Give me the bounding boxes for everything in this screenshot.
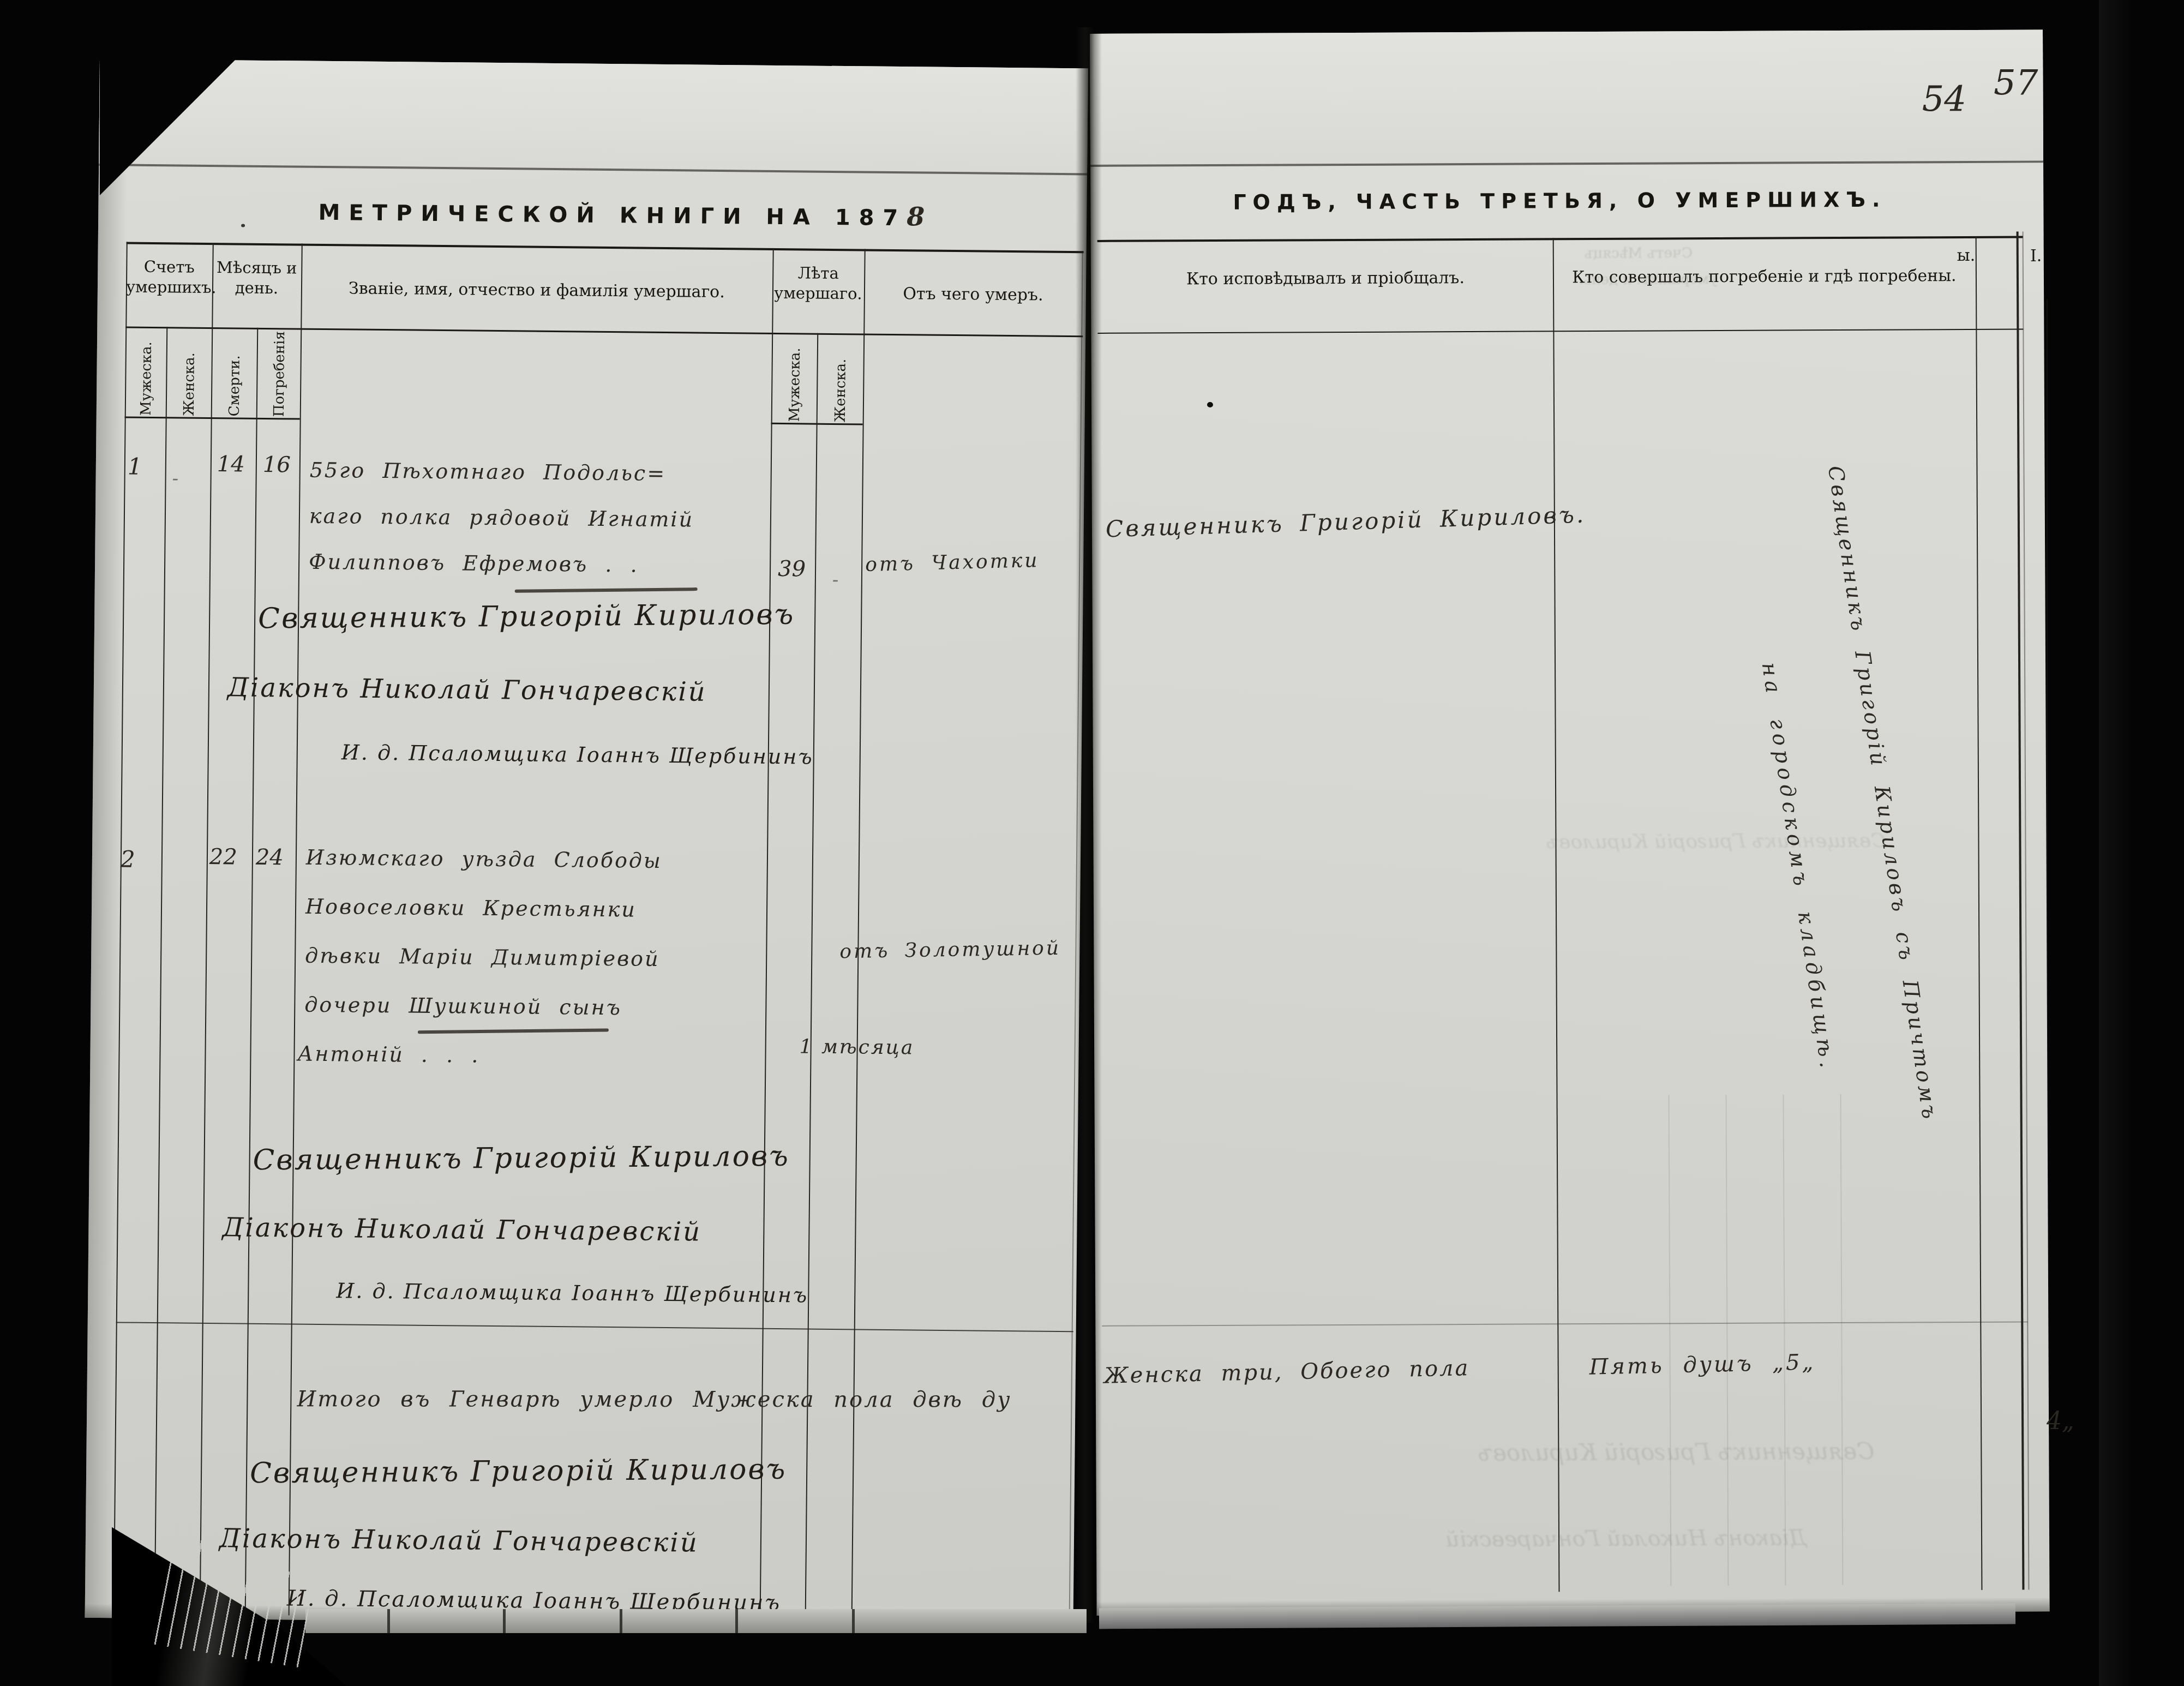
ghost-signature: Священникъ Григорій Кириловъ xyxy=(1546,830,1886,854)
ghost-header-line1: Счетъ Мѣсяцъ xyxy=(1585,245,1693,262)
entry1-count-female: - xyxy=(172,467,178,489)
entry2-burial-day: 24 xyxy=(256,845,284,870)
book-binding-edge xyxy=(2099,0,2184,1686)
table-vrule-center xyxy=(1553,238,1560,1592)
entry1-cause: отъ Чахотки xyxy=(865,549,1040,576)
underlying-page-header-fragment: I. xyxy=(2030,247,2042,266)
ghost-signature: Діаконъ Николай Гончаревскій xyxy=(1445,1525,1807,1552)
ghost-column-line xyxy=(1725,1095,1729,1586)
column-header-cause: Отъ чего умеръ. xyxy=(864,283,1082,305)
entry2-cause: отъ Золотушной xyxy=(839,937,1061,963)
table-rule-top xyxy=(127,242,1084,253)
page-title-right: ГОДЪ, ЧАСТЬ ТРЕТЬЯ, О УМЕРШИХЪ. xyxy=(1134,187,1985,215)
column-header-month-day: Мѣсяцъ и день. xyxy=(212,257,302,299)
totals-line-left: Итого въ Генварѣ умерло Мужеска пола двѣ… xyxy=(297,1387,1011,1412)
ghost-header-line2: умершихъ. и день. xyxy=(1579,271,1718,288)
closing-signature-deacon: Діаконъ Николай Гончаревскій xyxy=(219,1523,699,1558)
ghost-signature: Священникъ Григорій Кириловъ xyxy=(1478,1438,1874,1466)
right-page: 54 ГОДЪ, ЧАСТЬ ТРЕТЬЯ, О УМЕРШИХЪ. Кто и… xyxy=(1090,29,2050,1616)
table-vrule xyxy=(1976,236,1983,1590)
book-photo: { "photo": { "page_number_left": "54", "… xyxy=(0,0,2184,1686)
entry2-name-line1: Изюмскаго уѣзда Слободы xyxy=(306,845,662,873)
left-page: МЕТРИЧЕСКОЙ КНИГИ НА 1878 Счетъ умершихъ… xyxy=(85,59,1088,1627)
table-rule-top xyxy=(1097,236,2023,242)
column-header-name: Званіе, имя, отчество и фамилія умершаго… xyxy=(301,278,772,303)
entry1-name-line1: 55го Пѣхотнаго Подольс= xyxy=(310,458,667,485)
subcolumn-count-male: Мужеска. xyxy=(138,334,153,416)
page-title-left: МЕТРИЧЕСКОЙ КНИГИ НА 1878 xyxy=(235,195,1009,233)
table-vrule xyxy=(200,243,214,1615)
edge-column-fragment: ы. xyxy=(1957,246,1976,265)
subcolumn-death: Смерти. xyxy=(226,334,241,416)
entry1-name-line3: Филипповъ Ефремовъ . . xyxy=(309,550,639,577)
ghost-column-line xyxy=(1668,1095,1671,1586)
column-line-tick xyxy=(620,1609,622,1633)
entry1-age-female: - xyxy=(832,569,839,591)
burial-note-line1: Священникъ Григорій Кириловъ съ Причтомъ xyxy=(1823,464,1942,1123)
closing-signature-priest: Священникъ Григорій Кириловъ xyxy=(250,1453,787,1490)
entry2-death-day: 22 xyxy=(209,844,237,869)
table-vrule-sub xyxy=(245,328,259,1615)
table-rule-header-bottom xyxy=(1097,329,2023,334)
hand-underline xyxy=(515,587,698,593)
table-rule-header-bottom xyxy=(125,326,1083,337)
book-gutter-shadow xyxy=(1076,27,1102,1623)
entry1-age-male: 39 xyxy=(778,556,806,581)
column-header-count: Счетъ умершихъ. xyxy=(126,256,213,298)
entry1-confessor: Священникъ Григорій Кириловъ. xyxy=(1105,501,1586,543)
entry1-name-line2: каго полка рядовой Игнатій xyxy=(309,504,694,532)
table-rule-row-divider xyxy=(116,1322,1073,1332)
title-year-handwritten: 8 xyxy=(907,202,926,232)
table-rule-row-divider xyxy=(1102,1322,2027,1327)
table-vrule-sub xyxy=(805,333,819,1621)
left-page-top-margin xyxy=(99,59,1088,175)
page-title-left-printed: МЕТРИЧЕСКОЙ КНИГИ НА 187 xyxy=(318,200,907,231)
entry2-count-male: 2 xyxy=(121,845,135,872)
entry1-signature-deacon: Діаконъ Николай Гончаревскій xyxy=(227,672,707,707)
entry2-age: 1 мѣсяца xyxy=(799,1035,914,1059)
entry1-signature-psalmist: И. д. Псаломщика Іоаннъ Щербининъ xyxy=(341,740,814,769)
ink-dot xyxy=(241,224,245,227)
page-stack-bottom-right xyxy=(1099,1604,2015,1629)
entry2-name-line4: дочери Шушкиной сынъ xyxy=(304,993,622,1020)
entry1-death-day: 14 xyxy=(217,452,245,477)
table-vrule xyxy=(851,249,866,1621)
ghost-column-line xyxy=(1840,1094,1843,1585)
entry1-burial-day: 16 xyxy=(263,452,291,477)
entry2-signature-psalmist: И. д. Псаломщика Іоаннъ Щербининъ xyxy=(336,1279,808,1307)
page-number-57: 57 xyxy=(1994,63,2038,103)
table-rule-subheader-left xyxy=(125,416,300,419)
entry2-name-line5: Антоній . . . xyxy=(297,1042,479,1067)
entry2-name-line3: дѣвки Маріи Димитріевой xyxy=(305,944,660,971)
entry2-name-line2: Новоселовки Крестьянки xyxy=(305,895,637,922)
burial-note-line2: на городскомъ кладбищѣ. xyxy=(1757,661,1840,1073)
subcolumn-age-female: Женска. xyxy=(832,340,847,422)
margin-note-4: 4„ xyxy=(2047,1407,2074,1435)
subcolumn-age-male: Мужеска. xyxy=(787,340,801,422)
column-line-tick xyxy=(387,1609,390,1633)
totals-total: Пять душъ „5„ xyxy=(1589,1350,1815,1380)
right-page-top-margin xyxy=(1090,29,2043,167)
ink-dot xyxy=(1207,402,1213,407)
column-line-tick xyxy=(735,1609,738,1633)
entry1-signature-priest: Священникъ Григорій Кириловъ xyxy=(258,598,795,635)
column-line-tick xyxy=(852,1609,855,1633)
entry1-count-male: 1 xyxy=(128,453,142,480)
page-stack-bottom-left xyxy=(305,1609,1087,1633)
subcolumn-burial: Погребенія xyxy=(271,335,286,417)
entry2-signature-deacon: Діаконъ Николай Гончаревскій xyxy=(222,1212,701,1247)
hand-underline xyxy=(418,1028,609,1034)
page-number-54: 54 xyxy=(1922,79,1966,119)
ghost-column-line xyxy=(1783,1094,1786,1585)
column-header-confessed: Кто исповѣдывалъ и пріобщалъ. xyxy=(1102,267,1549,290)
column-line-tick xyxy=(503,1609,506,1633)
subcolumn-count-female: Женска. xyxy=(181,334,196,416)
column-header-age: Лѣта умершаго. xyxy=(772,263,865,304)
totals-female: Женска три, Обоего пола xyxy=(1103,1355,1470,1389)
table-vrule xyxy=(760,248,774,1620)
entry2-signature-priest: Священникъ Григорій Кириловъ xyxy=(253,1140,790,1177)
table-vrule-sub xyxy=(154,327,168,1614)
